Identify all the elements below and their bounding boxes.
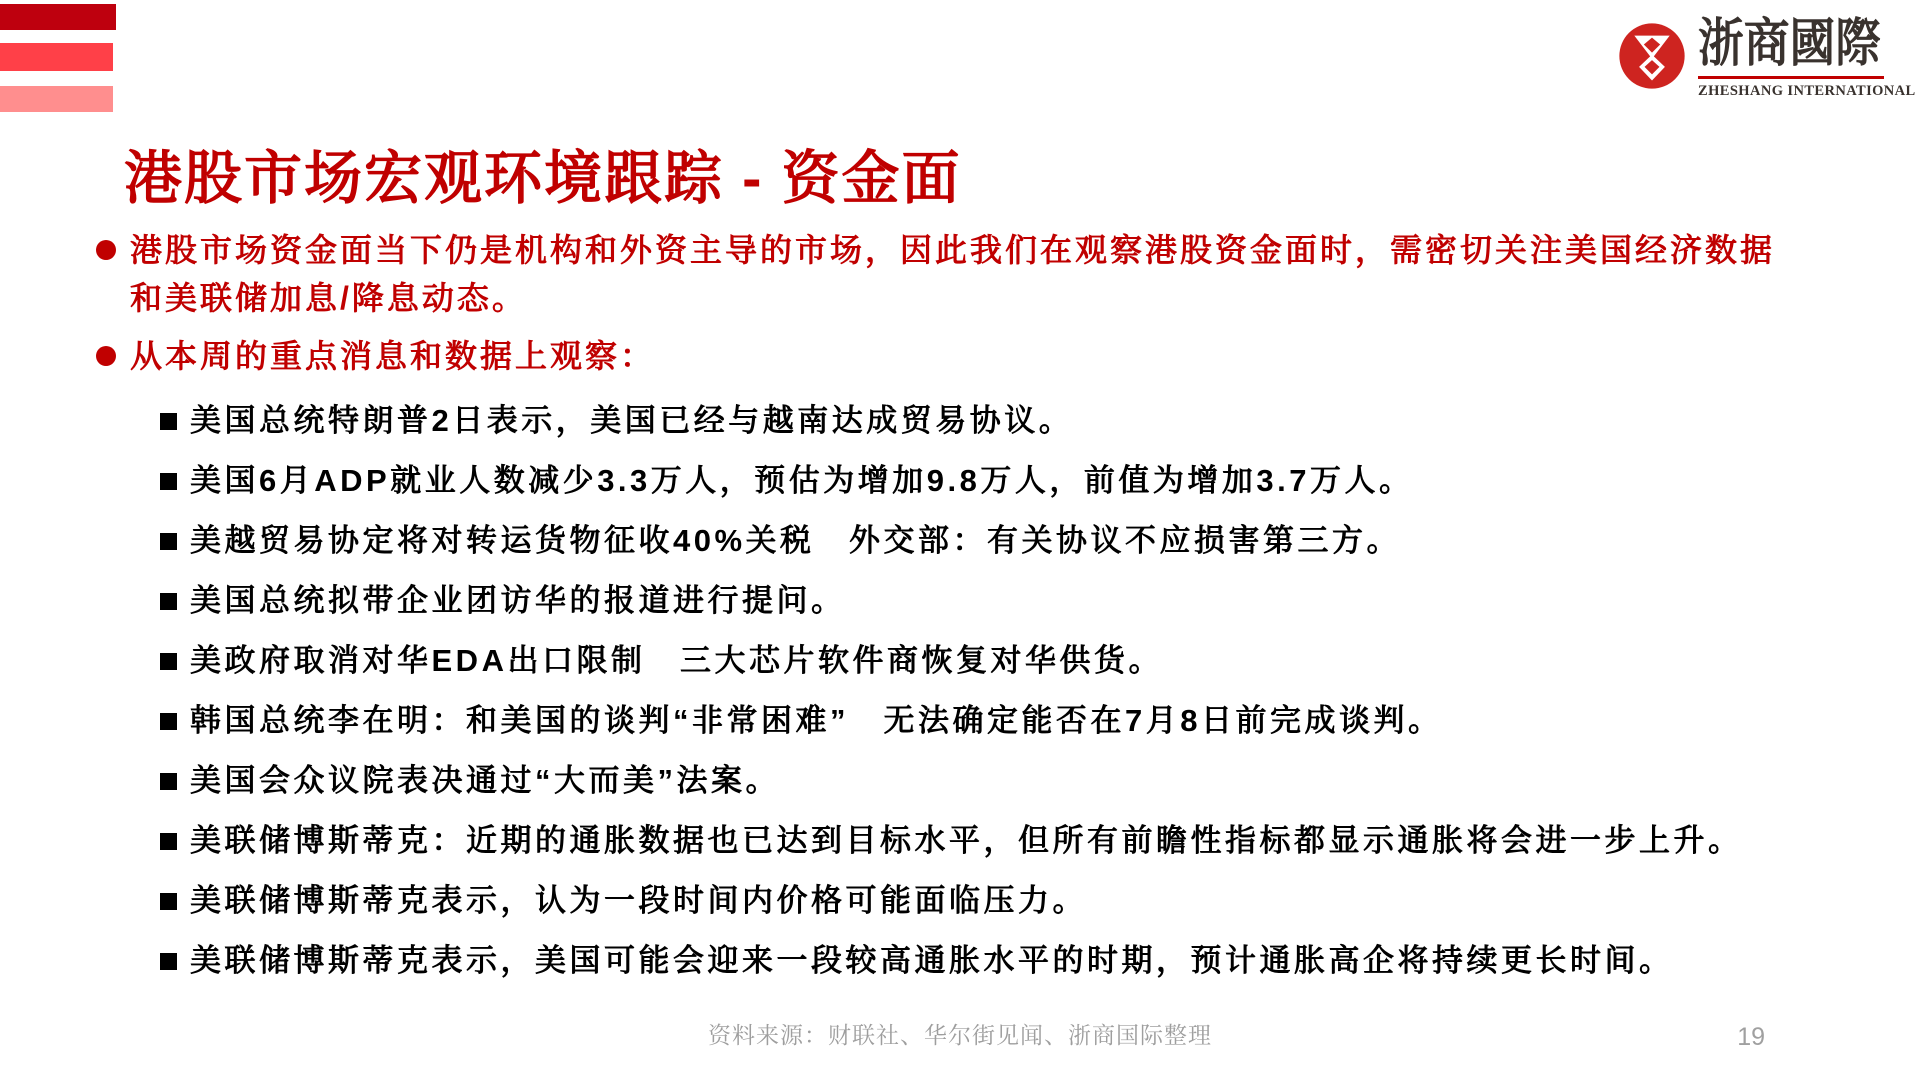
deco-bar-dark-red [0,4,116,30]
list-item: 美国会众议院表决通过“大而美”法案。 [160,764,1896,798]
list-item: 美政府取消对华EDA出口限制 三大芯片软件商恢复对华供货。 [160,644,1896,678]
slide-content: 港股市场资金面当下仍是机构和外资主导的市场，因此我们在观察港股资金面时，需密切关… [96,226,1896,1004]
logo-name-en: ZHESHANG INTERNATIONAL [1698,83,1916,100]
list-item: 美联储博斯蒂克：近期的通胀数据也已达到目标水平，但所有前瞻性指标都显示通胀将会进… [160,824,1896,858]
page-number: 19 [1737,1023,1765,1052]
sub-bullet-text: 美政府取消对华EDA出口限制 三大芯片软件商恢复对华供货。 [190,644,1163,678]
bullet-item: 从本周的重点消息和数据上观察： [96,332,1896,380]
slide: 浙商國際 ZHESHANG INTERNATIONAL 港股市场宏观环境跟踪 -… [0,0,1920,1080]
footer-source: 资料来源：财联社、华尔街见闻、浙商国际整理 [0,1017,1920,1050]
sub-bullet-list: 美国总统特朗普2日表示，美国已经与越南达成贸易协议。 美国6月ADP就业人数减少… [160,404,1896,978]
square-bullet-icon [160,413,177,430]
sub-bullet-text: 美国总统拟带企业团访华的报道进行提问。 [190,584,846,618]
square-bullet-icon [160,713,177,730]
bullet-text: 港股市场资金面当下仍是机构和外资主导的市场，因此我们在观察港股资金面时，需密切关… [130,226,1790,322]
square-bullet-icon [160,953,177,970]
bullet-dot-icon [96,240,116,260]
logo-name-cn: 浙商國際 [1698,16,1890,73]
square-bullet-icon [160,533,177,550]
sub-bullet-text: 韩国总统李在明：和美国的谈判“非常困难” 无法确定能否在7月8日前完成谈判。 [190,704,1442,738]
sub-bullet-text: 美联储博斯蒂克：近期的通胀数据也已达到目标水平，但所有前瞻性指标都显示通胀将会进… [190,824,1743,858]
logo-underline [1698,76,1884,79]
square-bullet-icon [160,653,177,670]
sub-bullet-text: 美联储博斯蒂克表示，认为一段时间内价格可能面临压力。 [190,884,1087,918]
sub-bullet-text: 美联储博斯蒂克表示，美国可能会迎来一段较高通胀水平的时期，预计通胀高企将持续更长… [190,944,1674,978]
logo: 浙商國際 ZHESHANG INTERNATIONAL [1618,16,1916,100]
square-bullet-icon [160,833,177,850]
list-item: 韩国总统李在明：和美国的谈判“非常困难” 无法确定能否在7月8日前完成谈判。 [160,704,1896,738]
square-bullet-icon [160,593,177,610]
square-bullet-icon [160,773,177,790]
zheshang-logo-icon [1618,22,1686,90]
square-bullet-icon [160,473,177,490]
bullet-dot-icon [96,346,116,366]
square-bullet-icon [160,893,177,910]
page-title: 港股市场宏观环境跟踪 - 资金面 [124,131,962,215]
sub-bullet-text: 美国总统特朗普2日表示，美国已经与越南达成贸易协议。 [190,404,1073,438]
sub-bullet-text: 美国会众议院表决通过“大而美”法案。 [190,764,780,798]
sub-bullet-text: 美国6月ADP就业人数减少3.3万人，预估为增加9.8万人，前值为增加3.7万人… [190,464,1413,498]
bullet-item: 港股市场资金面当下仍是机构和外资主导的市场，因此我们在观察港股资金面时，需密切关… [96,226,1896,322]
sub-bullet-text: 美越贸易协定将对转运货物征收40%关税 外交部：有关协议不应损害第三方。 [190,524,1401,558]
deco-bar-pink [0,86,113,112]
list-item: 美联储博斯蒂克表示，认为一段时间内价格可能面临压力。 [160,884,1896,918]
list-item: 美国6月ADP就业人数减少3.3万人，预估为增加9.8万人，前值为增加3.7万人… [160,464,1896,498]
list-item: 美联储博斯蒂克表示，美国可能会迎来一段较高通胀水平的时期，预计通胀高企将持续更长… [160,944,1896,978]
bullet-text: 从本周的重点消息和数据上观察： [130,332,655,380]
logo-text-block: 浙商國際 ZHESHANG INTERNATIONAL [1698,16,1916,100]
list-item: 美越贸易协定将对转运货物征收40%关税 外交部：有关协议不应损害第三方。 [160,524,1896,558]
list-item: 美国总统特朗普2日表示，美国已经与越南达成贸易协议。 [160,404,1896,438]
list-item: 美国总统拟带企业团访华的报道进行提问。 [160,584,1896,618]
deco-bar-red [0,43,113,71]
